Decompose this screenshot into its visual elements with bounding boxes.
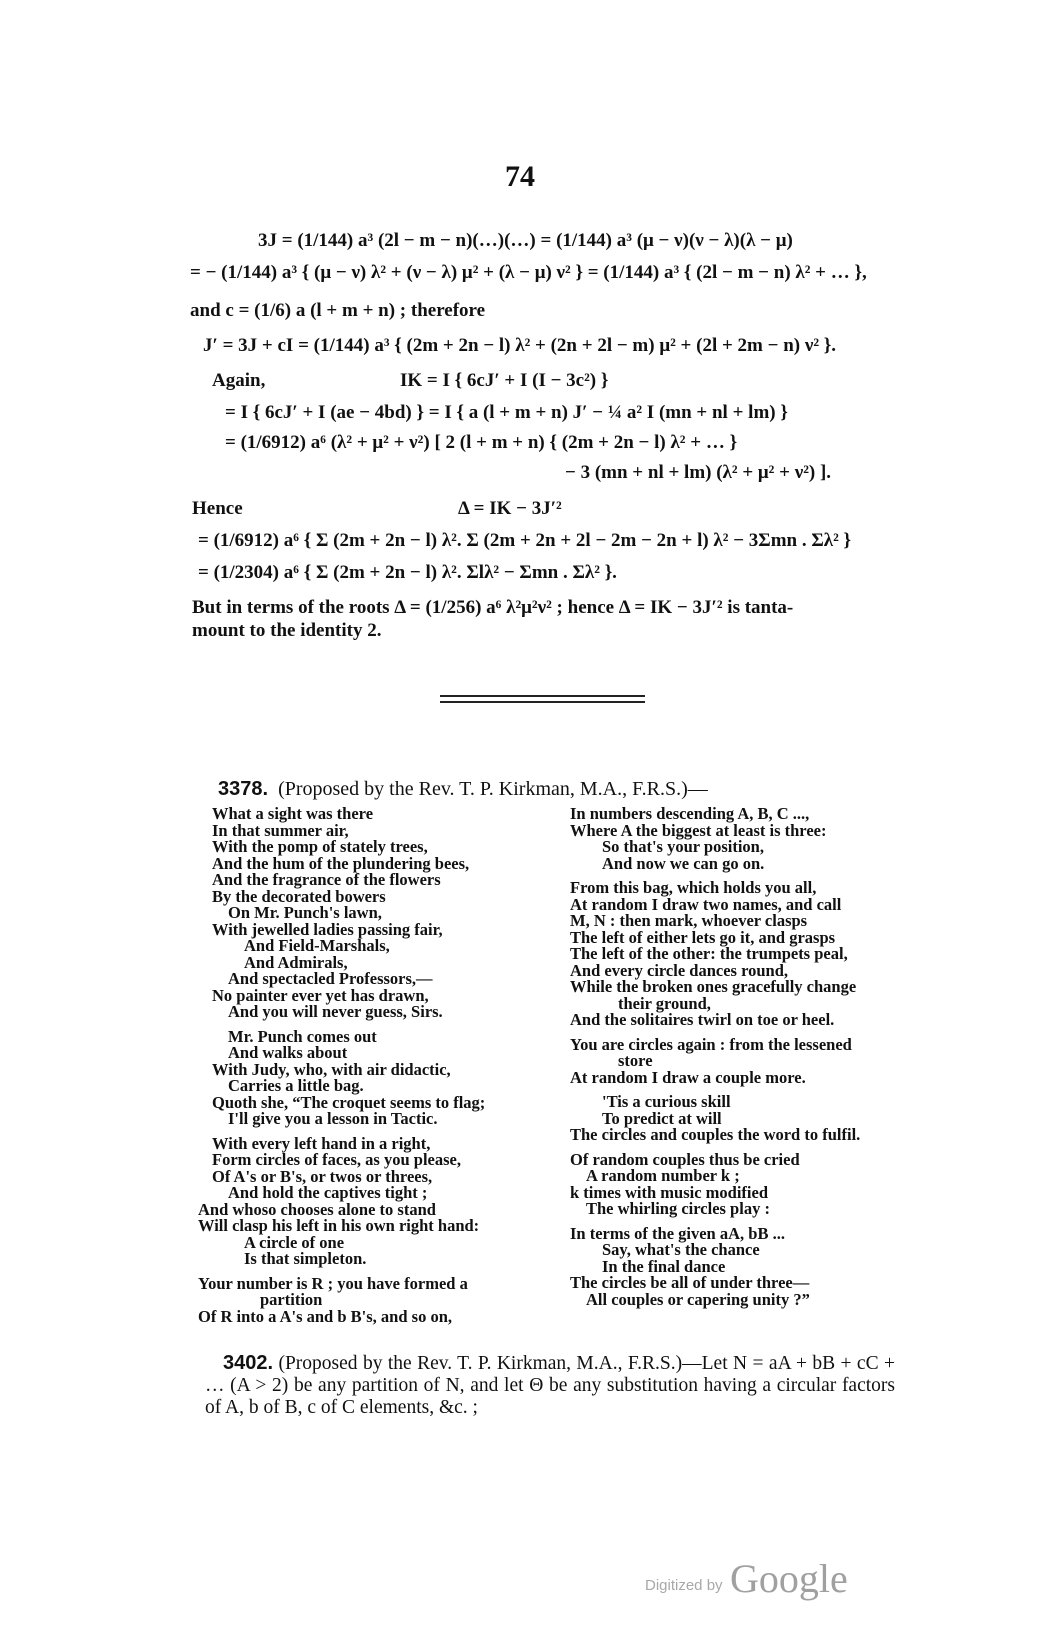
poem-line: And now we can go on.	[570, 856, 860, 873]
page-number: 74	[505, 160, 535, 194]
problem-3378-heading: 3378. (Proposed by the Rev. T. P. Kirkma…	[218, 778, 708, 801]
equation-line-4: J′ = 3J + cI = (1/144) a³ { (2m + 2n − l…	[203, 335, 836, 357]
problem-number: 3378.	[218, 778, 268, 800]
equation-line-10: = (1/6912) a⁶ { Σ (2m + 2n − l) λ². Σ (2…	[198, 530, 851, 552]
problem-3402-paragraph: 3402. (Proposed by the Rev. T. P. Kirkma…	[205, 1352, 895, 1419]
equation-line-13: mount to the identity 2.	[192, 620, 381, 642]
equation-line-3: and c = (1/6) a (l + m + n) ; therefore	[190, 300, 485, 322]
poem-line: The circles and couples the word to fulf…	[570, 1127, 860, 1144]
equation-line-8: − 3 (mn + nl + lm) (λ² + μ² + ν²) ].	[565, 462, 831, 484]
proposer: (Proposed by the Rev. T. P. Kirkman, M.A…	[278, 1353, 701, 1374]
poem-line: And the solitaires twirl on toe or heel.	[570, 1012, 860, 1029]
poem-line: The whirling circles play :	[570, 1201, 860, 1218]
equation-line-7: = (1/6912) a⁶ (λ² + μ² + ν²) [ 2 (l + m …	[225, 432, 737, 454]
paragraph-start: Let	[702, 1353, 728, 1374]
poem-line: All couples or capering unity ?”	[570, 1292, 860, 1309]
equation-line-11: = (1/2304) a⁶ { Σ (2m + 2n − l) λ². Σlλ²…	[198, 562, 617, 584]
equation-label-again: Again,	[212, 370, 265, 392]
poem-line: And you will never guess, Sirs.	[212, 1004, 485, 1021]
poem-line: I'll give you a lesson in Tactic.	[212, 1111, 485, 1128]
section-divider	[440, 701, 645, 703]
equation-line-6: = I { 6cJ′ + I (ae − 4bd) } = I { a (l +…	[225, 402, 788, 424]
poem-left-column: What a sight was there In that summer ai…	[212, 806, 485, 1325]
proposer: (Proposed by the Rev. T. P. Kirkman, M.A…	[278, 778, 708, 800]
problem-number: 3402.	[223, 1352, 273, 1374]
watermark-prefix: Digitized by	[645, 1577, 723, 1594]
poem-line: Is that simpleton.	[212, 1251, 485, 1268]
poem-line: Your number is R ; you have formed a	[198, 1276, 485, 1293]
poem-line: Of R into a A's and b B's, and so on,	[198, 1309, 485, 1326]
equation-line-2: = − (1/144) a³ { (μ − ν) λ² + (ν − λ) μ²…	[190, 262, 867, 284]
poem-line: You are circles again : from the lessene…	[570, 1037, 860, 1054]
equation-line-1: 3J = (1/144) a³ (2l − m − n)(…)(…) = (1/…	[258, 230, 793, 252]
equation-line-5: IK = I { 6cJ′ + I (I − 3c²) }	[400, 370, 608, 392]
equation-line-9: Δ = IK − 3J′²	[458, 498, 562, 520]
section-divider	[440, 695, 645, 697]
poem-line: At random I draw a couple more.	[570, 1070, 860, 1087]
poem-line: While the broken ones gracefully change	[570, 979, 860, 996]
equation-label-hence: Hence	[192, 498, 243, 520]
google-logo: Google	[730, 1555, 848, 1602]
poem-right-column: In numbers descending A, B, C ..., Where…	[570, 806, 860, 1308]
equation-line-12: But in terms of the roots Δ = (1/256) a⁶…	[192, 597, 793, 619]
